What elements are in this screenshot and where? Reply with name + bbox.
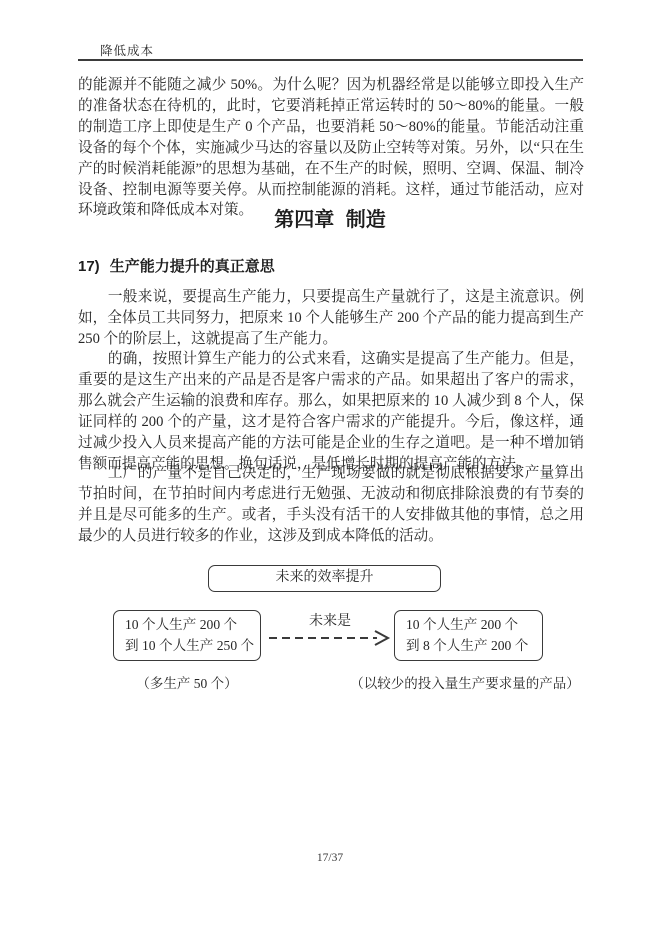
intro-paragraph: 的能源并不能随之减少 50%。为什么呢？因为机器经常是以能够立即投入生产的准备状… (78, 75, 584, 221)
diagram-left-box: 10 个人生产 200 个 到 10 个人生产 250 个 (113, 610, 261, 661)
running-header: 降低成本 (100, 41, 154, 59)
section-number: 17) (78, 258, 100, 275)
body-paragraph-3: 工厂的产量不是自己决定的，生产现场要做的就是彻底根据要求产量算出节拍时间，在节拍… (78, 463, 584, 547)
diagram-right-box-line1: 10 个人生产 200 个 (406, 614, 542, 635)
page-number: 17/37 (0, 852, 660, 864)
document-page: 降低成本 的能源并不能随之减少 50%。为什么呢？因为机器经常是以能够立即投入生… (0, 0, 660, 934)
diagram-arrow-label: 未来是 (270, 610, 390, 630)
diagram-left-box-line1: 10 个人生产 200 个 (125, 614, 260, 635)
section-heading: 17)生产能力提升的真正意思 (78, 255, 275, 276)
body-paragraph-1: 一般来说，要提高生产能力，只要提高生产量就行了，这是主流意识。例如，全体员工共同… (78, 287, 584, 350)
diagram-right-box: 10 个人生产 200 个 到 8 个人生产 200 个 (394, 610, 543, 661)
diagram-right-box-line2: 到 8 个人生产 200 个 (406, 635, 542, 656)
header-rule (78, 59, 583, 61)
chapter-title: 第四章 制造 (0, 203, 660, 232)
diagram-right-caption: （以较少的投入量生产要求量的产品） (330, 672, 600, 692)
diagram-left-box-line2: 到 10 个人生产 250 个 (125, 635, 260, 656)
diagram-title-box: 未来的效率提升 (208, 565, 441, 592)
dashed-right-arrow-icon (267, 629, 393, 647)
body-paragraph-2: 的确，按照计算生产能力的公式来看，这确实是提高了生产能力。但是，重要的是这生产出… (78, 349, 584, 474)
section-title: 生产能力提升的真正意思 (110, 258, 275, 275)
diagram-left-caption: （多生产 50 个） (113, 672, 261, 692)
